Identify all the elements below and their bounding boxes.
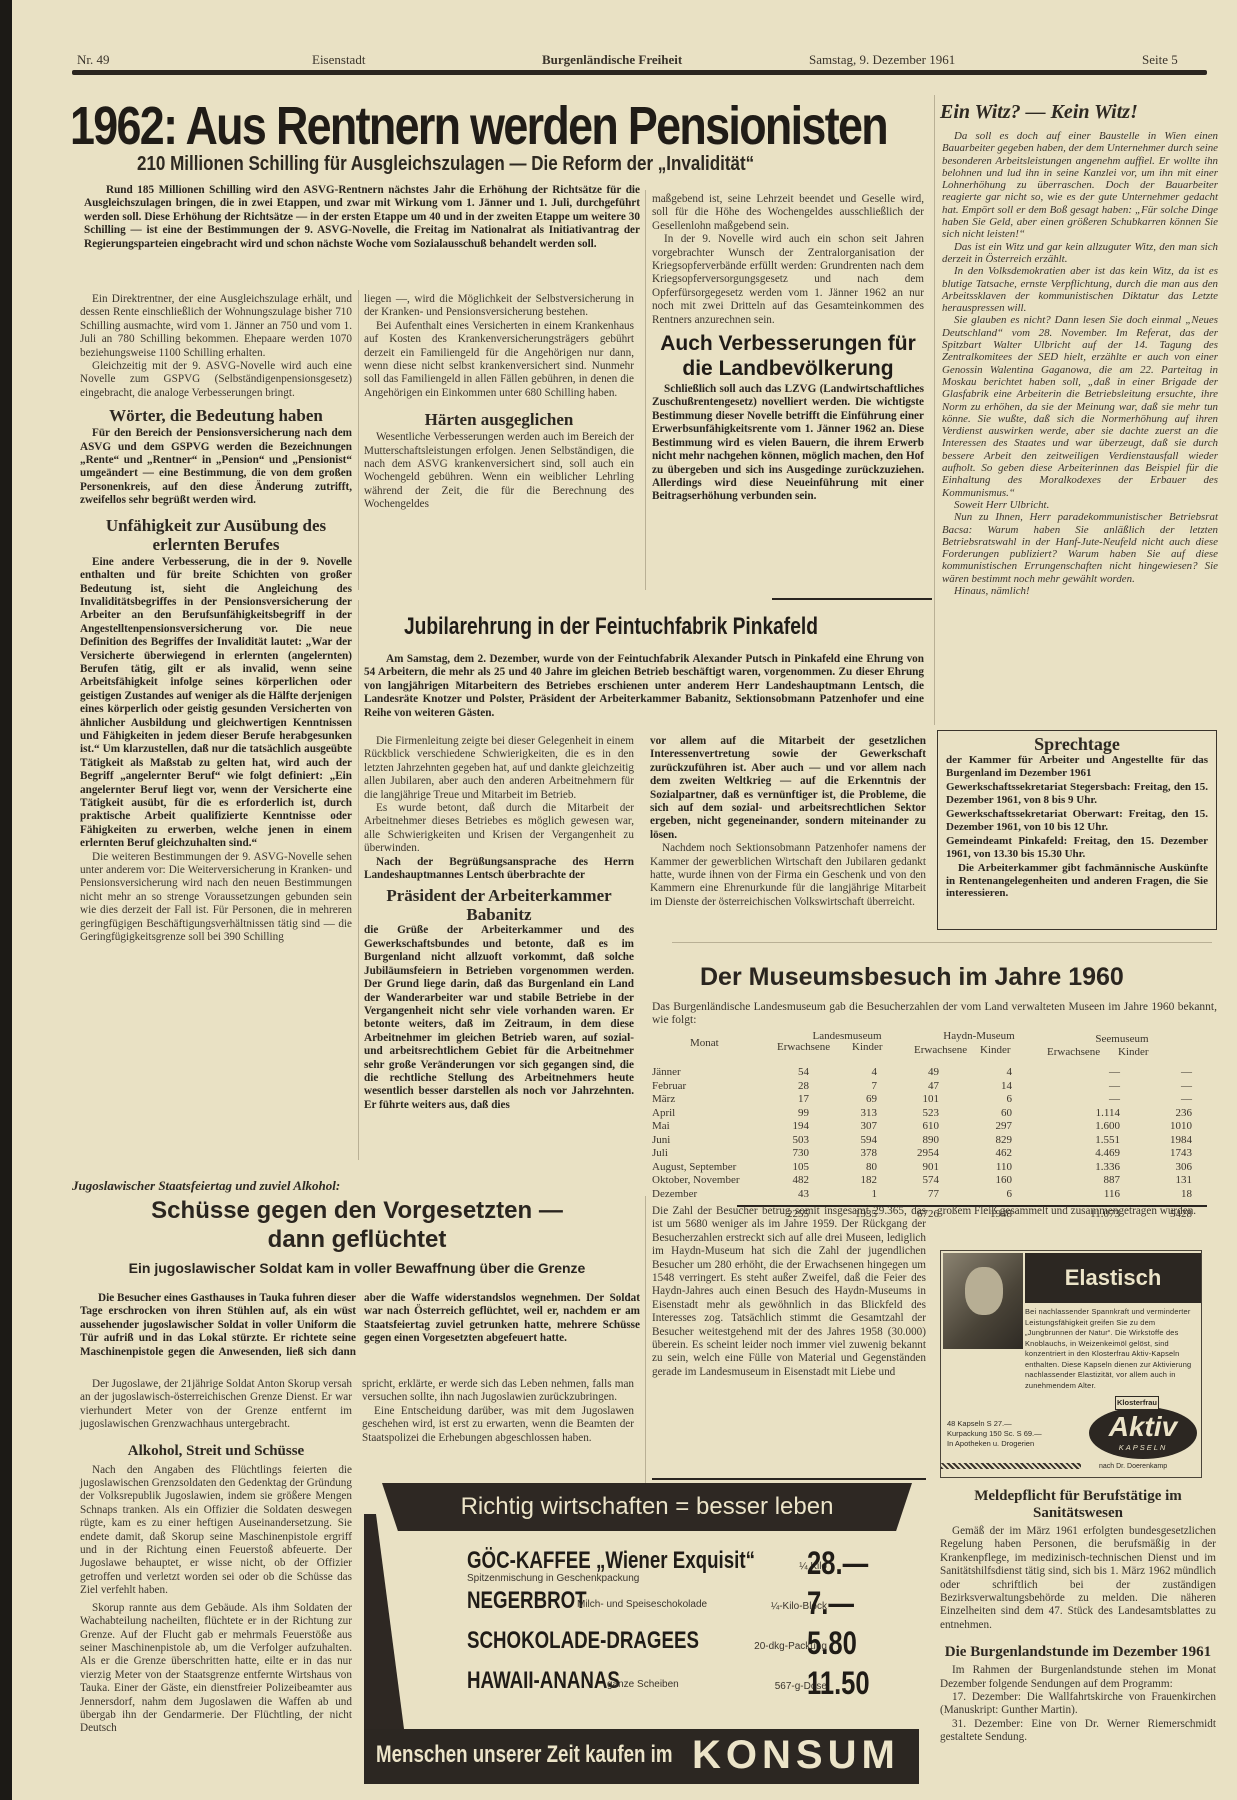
konsum-item-list: GÖC-KAFFEE „Wiener Exquisit“Spitzenmisch… xyxy=(467,1547,917,1717)
aktiv-credit: nach Dr. Doerenkamp xyxy=(1099,1463,1167,1470)
value-cell: 69 xyxy=(827,1093,877,1105)
value-cell: 236 xyxy=(1142,1107,1192,1119)
value-cell: 462 xyxy=(962,1147,1012,1159)
sprechtage-box: Sprechtage der Kammer für Arbeiter und A… xyxy=(937,730,1217,930)
value-cell: — xyxy=(1142,1093,1192,1105)
value-cell: — xyxy=(1142,1066,1192,1078)
value-cell: — xyxy=(1070,1093,1120,1105)
table-col-header: Erwachsene xyxy=(914,1044,967,1056)
value-cell: 378 xyxy=(827,1147,877,1159)
value-cell: 730 xyxy=(759,1147,809,1159)
value-cell: 503 xyxy=(759,1134,809,1146)
table-group-header: Seemuseum xyxy=(1052,1033,1192,1045)
paragraph: Skorup rannte aus dem Gebäude. Als ihm S… xyxy=(80,1602,352,1736)
portrait-photo xyxy=(943,1253,1023,1349)
value-cell: 1.600 xyxy=(1070,1120,1120,1132)
lead-intro: Rund 185 Millionen Schilling wird den AS… xyxy=(84,184,640,251)
paragraph: Schließlich soll auch das LZVG (Landwirt… xyxy=(652,383,924,504)
value-cell: 116 xyxy=(1070,1188,1120,1200)
paragraph: Die Firmenleitung zeigte bei dieser Gele… xyxy=(364,735,634,802)
column-rule xyxy=(934,95,935,725)
price-line: Kurpackung 150 Sc. S 69.— xyxy=(947,1429,1042,1439)
right-lower-column: Meldepflicht für Berufstätige im Sanität… xyxy=(940,1488,1216,1745)
value-cell: 4 xyxy=(962,1066,1012,1078)
schuesse-headline: Schüsse gegen den Vorgesetzten — dann ge… xyxy=(72,1196,642,1254)
lead-col2: liegen —, wird die Möglichkeit der Selbs… xyxy=(364,293,634,512)
konsum-brand: KONSUM xyxy=(692,1733,900,1778)
price-line: 48 Kapseln S 27.— xyxy=(947,1419,1042,1429)
jubilar-intro: Am Samstag, dem 2. Dezember, wurde von d… xyxy=(364,653,924,720)
value-cell: — xyxy=(1142,1080,1192,1092)
museum-body: Die Zahl der Besucher betrug somit insge… xyxy=(652,1205,926,1379)
value-cell: 101 xyxy=(889,1093,939,1105)
paragraph: die Grüße der Arbeiterkammer und des Gew… xyxy=(364,924,634,1112)
sprechtage-entry: Gemeindeamt Pinkafeld: Freitag, den 15. … xyxy=(946,835,1208,860)
value-cell: 574 xyxy=(889,1174,939,1186)
value-cell: — xyxy=(1070,1066,1120,1078)
table-group-header: Haydn-Museum xyxy=(914,1030,1044,1042)
hatch-decoration xyxy=(941,1463,1081,1469)
product-name: GÖC-KAFFEE „Wiener Exquisit“ xyxy=(467,1547,755,1575)
value-cell: 54 xyxy=(759,1066,809,1078)
museum-intro: Das Burgenländische Landesmuseum gab die… xyxy=(652,1001,1217,1028)
paragraph: Nun zu Ihnen, Herr paradekommunistischer… xyxy=(942,511,1218,585)
table-row: Juli73037829544624.4691743 xyxy=(652,1147,1202,1160)
museum-table: Landesmuseum Haydn-Museum Seemuseum Mona… xyxy=(652,1030,1217,1210)
value-cell: 18 xyxy=(1142,1188,1192,1200)
lead-headline: 1962: Aus Rentnern werden Pensionisten xyxy=(70,95,887,157)
value-cell: 1010 xyxy=(1142,1120,1192,1132)
product-name: HAWAII-ANANAS xyxy=(467,1667,620,1695)
table-row: Mai1943076102971.6001010 xyxy=(652,1120,1202,1133)
burgenlandstunde-entry: 17. Dezember: Die Wallfahrtskirche von F… xyxy=(940,1691,1216,1718)
paragraph: Soweit Herr Ulbricht. xyxy=(942,499,1218,511)
table-row: Juni5035948908291.5511984 xyxy=(652,1134,1202,1147)
aktiv-prices: 48 Kapseln S 27.— Kurpackung 150 Sc. S 6… xyxy=(947,1419,1042,1449)
value-cell: 901 xyxy=(889,1161,939,1173)
table-row: August, September105809011101.336306 xyxy=(652,1161,1202,1174)
issue-date: Samstag, 9. Dezember 1961 xyxy=(809,52,955,68)
value-cell: 77 xyxy=(889,1188,939,1200)
section-rule xyxy=(672,942,1212,943)
value-cell: 887 xyxy=(1070,1174,1120,1186)
value-cell: 6 xyxy=(962,1093,1012,1105)
page-edge xyxy=(0,0,12,1800)
lead-col1: Ein Direktrentner, der eine Ausgleichszu… xyxy=(80,293,352,944)
value-cell: 307 xyxy=(827,1120,877,1132)
section-rule xyxy=(652,1478,926,1480)
sprechtage-entry: Gewerkschaftssekretariat Stegersbach: Fr… xyxy=(946,781,1208,806)
lead-col3: maßgebend ist, seine Lehrzeit beendet un… xyxy=(652,193,924,504)
table-col-header: Erwachsene xyxy=(777,1041,830,1053)
value-cell: 1.336 xyxy=(1070,1161,1120,1173)
subheading-unfaehigkeit: Unfähigkeit zur Ausübung des erlernten B… xyxy=(80,516,352,554)
witz-body: Da soll es doch auf einer Baustelle in W… xyxy=(942,130,1218,597)
value-cell: 14 xyxy=(962,1080,1012,1092)
paragraph: spricht, erklärte, er werde sich das Leb… xyxy=(362,1378,634,1405)
headline-line: dann geflüchtet xyxy=(72,1225,642,1254)
table-row: Jänner544494—— xyxy=(652,1066,1202,1079)
schuesse-col2: spricht, erklärte, er werde sich das Leb… xyxy=(362,1378,634,1445)
aktiv-brand-top: Klosterfrau xyxy=(1115,1396,1159,1410)
aktiv-headline: Elastisch bleiben! xyxy=(1025,1253,1201,1303)
schuesse-subhead: Ein jugoslawischer Soldat kam in voller … xyxy=(72,1260,642,1276)
paper-name: Burgenländische Freiheit xyxy=(542,52,682,68)
aktiv-logo: Aktiv KAPSELN xyxy=(1089,1407,1197,1459)
value-cell: 110 xyxy=(962,1161,1012,1173)
paragraph: Eine andere Verbesserung, die in der 9. … xyxy=(80,556,352,851)
lead-subhead: 210 Millionen Schilling für Ausgleichszu… xyxy=(137,153,754,176)
sprechtage-note: Die Arbeiterkammer gibt fachmännische Au… xyxy=(946,862,1208,900)
paragraph: Die weiteren Bestimmungen der 9. ASVG-No… xyxy=(80,851,352,945)
paragraph: Da soll es doch auf einer Baustelle in W… xyxy=(942,130,1218,241)
paragraph: Es wurde betont, daß durch die Mitarbeit… xyxy=(364,802,634,856)
subheading-woerter: Wörter, die Bedeutung haben xyxy=(80,406,352,425)
paragraph: Der Jugoslawe, der 21jährige Soldat Anto… xyxy=(80,1378,352,1432)
table-row: Dezember43177611618 xyxy=(652,1188,1202,1201)
subheading-haerten: Härten ausgeglichen xyxy=(364,410,634,429)
value-cell: 80 xyxy=(827,1161,877,1173)
value-cell: 890 xyxy=(889,1134,939,1146)
value-cell: 60 xyxy=(962,1107,1012,1119)
aktiv-brand-sub: KAPSELN xyxy=(1089,1443,1197,1452)
value-cell: 829 xyxy=(962,1134,1012,1146)
table-col-header: Kinder xyxy=(1118,1046,1149,1058)
place: Eisenstadt xyxy=(312,52,365,68)
paragraph: Nach der Begrüßungsansprache des Herrn L… xyxy=(364,856,634,883)
table-col-header: Kinder xyxy=(980,1044,1011,1056)
value-cell: 1743 xyxy=(1142,1147,1192,1159)
issue-number: Nr. 49 xyxy=(77,52,110,68)
paragraph: In der 9. Novelle wird auch ein schon se… xyxy=(652,233,924,327)
value-cell: 194 xyxy=(759,1120,809,1132)
meldepflicht-title: Meldepflicht für Berufstätige im Sanität… xyxy=(940,1488,1216,1522)
product-name: NEGERBROT xyxy=(467,1587,587,1615)
museum-body-cont: großem Fleiß gesammelt und zusammengetra… xyxy=(937,1205,1217,1218)
page-number: Seite 5 xyxy=(1142,52,1178,68)
product-price: 28.— xyxy=(807,1545,868,1582)
schuesse-col1: Der Jugoslawe, der 21jährige Soldat Anto… xyxy=(80,1378,352,1736)
value-cell: 1984 xyxy=(1142,1134,1192,1146)
witz-title: Ein Witz? — Kein Witz! xyxy=(940,101,1138,124)
paragraph: liegen —, wird die Möglichkeit der Selbs… xyxy=(364,293,634,320)
value-cell: 313 xyxy=(827,1107,877,1119)
burgenlandstunde-intro: Im Rahmen der Burgenlandstunde stehen im… xyxy=(940,1664,1216,1691)
header-rule xyxy=(72,70,1207,75)
museum-headline: Der Museumsbesuch im Jahre 1960 xyxy=(700,963,1124,992)
aktiv-ad[interactable]: Elastisch bleiben! Bei nachlassender Spa… xyxy=(940,1250,1202,1478)
subheading-landbevoelkerung: Auch Verbesserungen für die Landbevölker… xyxy=(652,331,924,381)
value-cell: 1.551 xyxy=(1070,1134,1120,1146)
product-desc: Spitzenmischung in Geschenkpackung xyxy=(467,1573,639,1584)
value-cell: 297 xyxy=(962,1120,1012,1132)
jubilar-col1: Die Firmenleitung zeigte bei dieser Gele… xyxy=(364,735,634,1112)
product-desc: Milch- und Speiseschokolade xyxy=(577,1599,707,1610)
value-cell: — xyxy=(1070,1080,1120,1092)
headline-line: Schüsse gegen den Vorgesetzten — xyxy=(72,1196,642,1225)
table-row: April99313523601.114236 xyxy=(652,1107,1202,1120)
burgenlandstunde-title: Die Burgenlandstunde im Dezember 1961 xyxy=(940,1644,1216,1661)
schuesse-intro: Die Besucher eines Gasthauses in Tauka f… xyxy=(80,1292,640,1359)
column-rule xyxy=(358,600,359,1160)
table-col-header: Monat xyxy=(690,1037,719,1049)
value-cell: 1.114 xyxy=(1070,1107,1120,1119)
value-cell: 49 xyxy=(889,1066,939,1078)
burgenlandstunde-entry: 31. Dezember: Eine von Dr. Werner Riemer… xyxy=(940,1718,1216,1745)
product-desc: ganze Scheiben xyxy=(607,1679,679,1690)
table-row: Oktober, November482182574160887131 xyxy=(652,1174,1202,1187)
paragraph: Nachdem noch Sektionsobmann Patzenhofer … xyxy=(650,842,926,909)
value-cell: 2954 xyxy=(889,1147,939,1159)
sprechtage-sub: der Kammer für Arbeiter und Angestellte … xyxy=(946,754,1208,779)
face-shape xyxy=(965,1267,1003,1315)
newspaper-page: Nr. 49 Eisenstadt Burgenländische Freihe… xyxy=(12,0,1237,1800)
sprechtage-title: Sprechtage xyxy=(946,735,1208,754)
value-cell: 99 xyxy=(759,1107,809,1119)
value-cell: 482 xyxy=(759,1174,809,1186)
paragraph: Sie glauben es nicht? Dann lesen Sie doc… xyxy=(942,314,1218,498)
paragraph: Das ist ein Witz und gar kein allzuguter… xyxy=(942,241,1218,266)
paragraph: In den Volksdemokratien aber ist das kei… xyxy=(942,265,1218,314)
paragraph: Für den Bereich der Pensionsversicherung… xyxy=(80,427,352,507)
column-rule xyxy=(358,290,359,590)
paragraph: Gleichzeitig mit der 9. ASVG-Novelle wir… xyxy=(80,360,352,400)
value-cell: 4.469 xyxy=(1070,1147,1120,1159)
section-rule xyxy=(772,598,932,600)
column-rule xyxy=(645,190,646,590)
value-cell: 6 xyxy=(962,1188,1012,1200)
paragraph: Bei Aufenthalt eines Versicherten in ein… xyxy=(364,320,634,400)
paragraph: Hinaus, nämlich! xyxy=(942,585,1218,597)
product-price: 7.— xyxy=(807,1585,854,1622)
value-cell: 17 xyxy=(759,1093,809,1105)
jubilar-col2: vor allem auf die Mitarbeit der gesetzli… xyxy=(650,735,926,909)
sprechtage-entry: Gewerkschaftssekretariat Oberwart: Freit… xyxy=(946,808,1208,833)
table-row: März17691016—— xyxy=(652,1093,1202,1106)
value-cell: 182 xyxy=(827,1174,877,1186)
konsum-wedge xyxy=(364,1514,404,1729)
value-cell: 1 xyxy=(827,1188,877,1200)
value-cell: 160 xyxy=(962,1174,1012,1186)
value-cell: 594 xyxy=(827,1134,877,1146)
value-cell: 28 xyxy=(759,1080,809,1092)
jubilar-subheading: Präsident der Arbeiterkammer Babanitz xyxy=(364,886,634,924)
konsum-ribbon: Richtig wirtschaften = besser leben xyxy=(382,1483,912,1531)
konsum-slogan: Menschen unserer Zeit kaufen im xyxy=(376,1741,672,1769)
paragraph: maßgebend ist, seine Lehrzeit beendet un… xyxy=(652,193,924,233)
product-price: 11.50 xyxy=(807,1665,870,1702)
table-col-header: Erwachsene xyxy=(1047,1046,1100,1058)
product-price: 5.80 xyxy=(807,1625,857,1662)
paragraph: vor allem auf die Mitarbeit der gesetzli… xyxy=(650,735,926,842)
value-cell: 306 xyxy=(1142,1161,1192,1173)
paragraph: Nach den Angaben des Flüchtlings feierte… xyxy=(80,1464,352,1598)
schuesse-subheading: Alkohol, Streit und Schüsse xyxy=(80,1442,352,1461)
value-cell: 7 xyxy=(827,1080,877,1092)
schuesse-kicker: Jugoslawischer Staatsfeiertag und zuviel… xyxy=(72,1178,340,1194)
aktiv-brand: Aktiv xyxy=(1089,1411,1197,1443)
meldepflicht-body: Gemäß der im März 1961 erfolgten bundesg… xyxy=(940,1525,1216,1632)
aktiv-body: Bei nachlassender Spannkraft und vermind… xyxy=(1025,1307,1195,1391)
table-row: Februar2874714—— xyxy=(652,1080,1202,1093)
value-cell: 43 xyxy=(759,1188,809,1200)
value-cell: 105 xyxy=(759,1161,809,1173)
value-cell: 47 xyxy=(889,1080,939,1092)
paragraph: Eine Entscheidung darüber, was mit dem J… xyxy=(362,1405,634,1445)
paragraph: Wesentliche Verbesserungen werden auch i… xyxy=(364,431,634,511)
column-rule xyxy=(645,1196,646,1486)
konsum-banner[interactable]: Menschen unserer Zeit kaufen im KONSUM xyxy=(364,1729,919,1784)
value-cell: 131 xyxy=(1142,1174,1192,1186)
value-cell: 523 xyxy=(889,1107,939,1119)
paragraph: Ein Direktrentner, der eine Ausgleichszu… xyxy=(80,293,352,360)
table-col-header: Kinder xyxy=(852,1041,883,1053)
jubilar-headline: Jubilarehrung in der Feintuchfabrik Pink… xyxy=(404,613,818,641)
product-name: SCHOKOLADE-DRAGEES xyxy=(467,1627,699,1655)
value-cell: 610 xyxy=(889,1120,939,1132)
value-cell: 4 xyxy=(827,1066,877,1078)
where-line: In Apotheken u. Drogerien xyxy=(947,1439,1042,1449)
